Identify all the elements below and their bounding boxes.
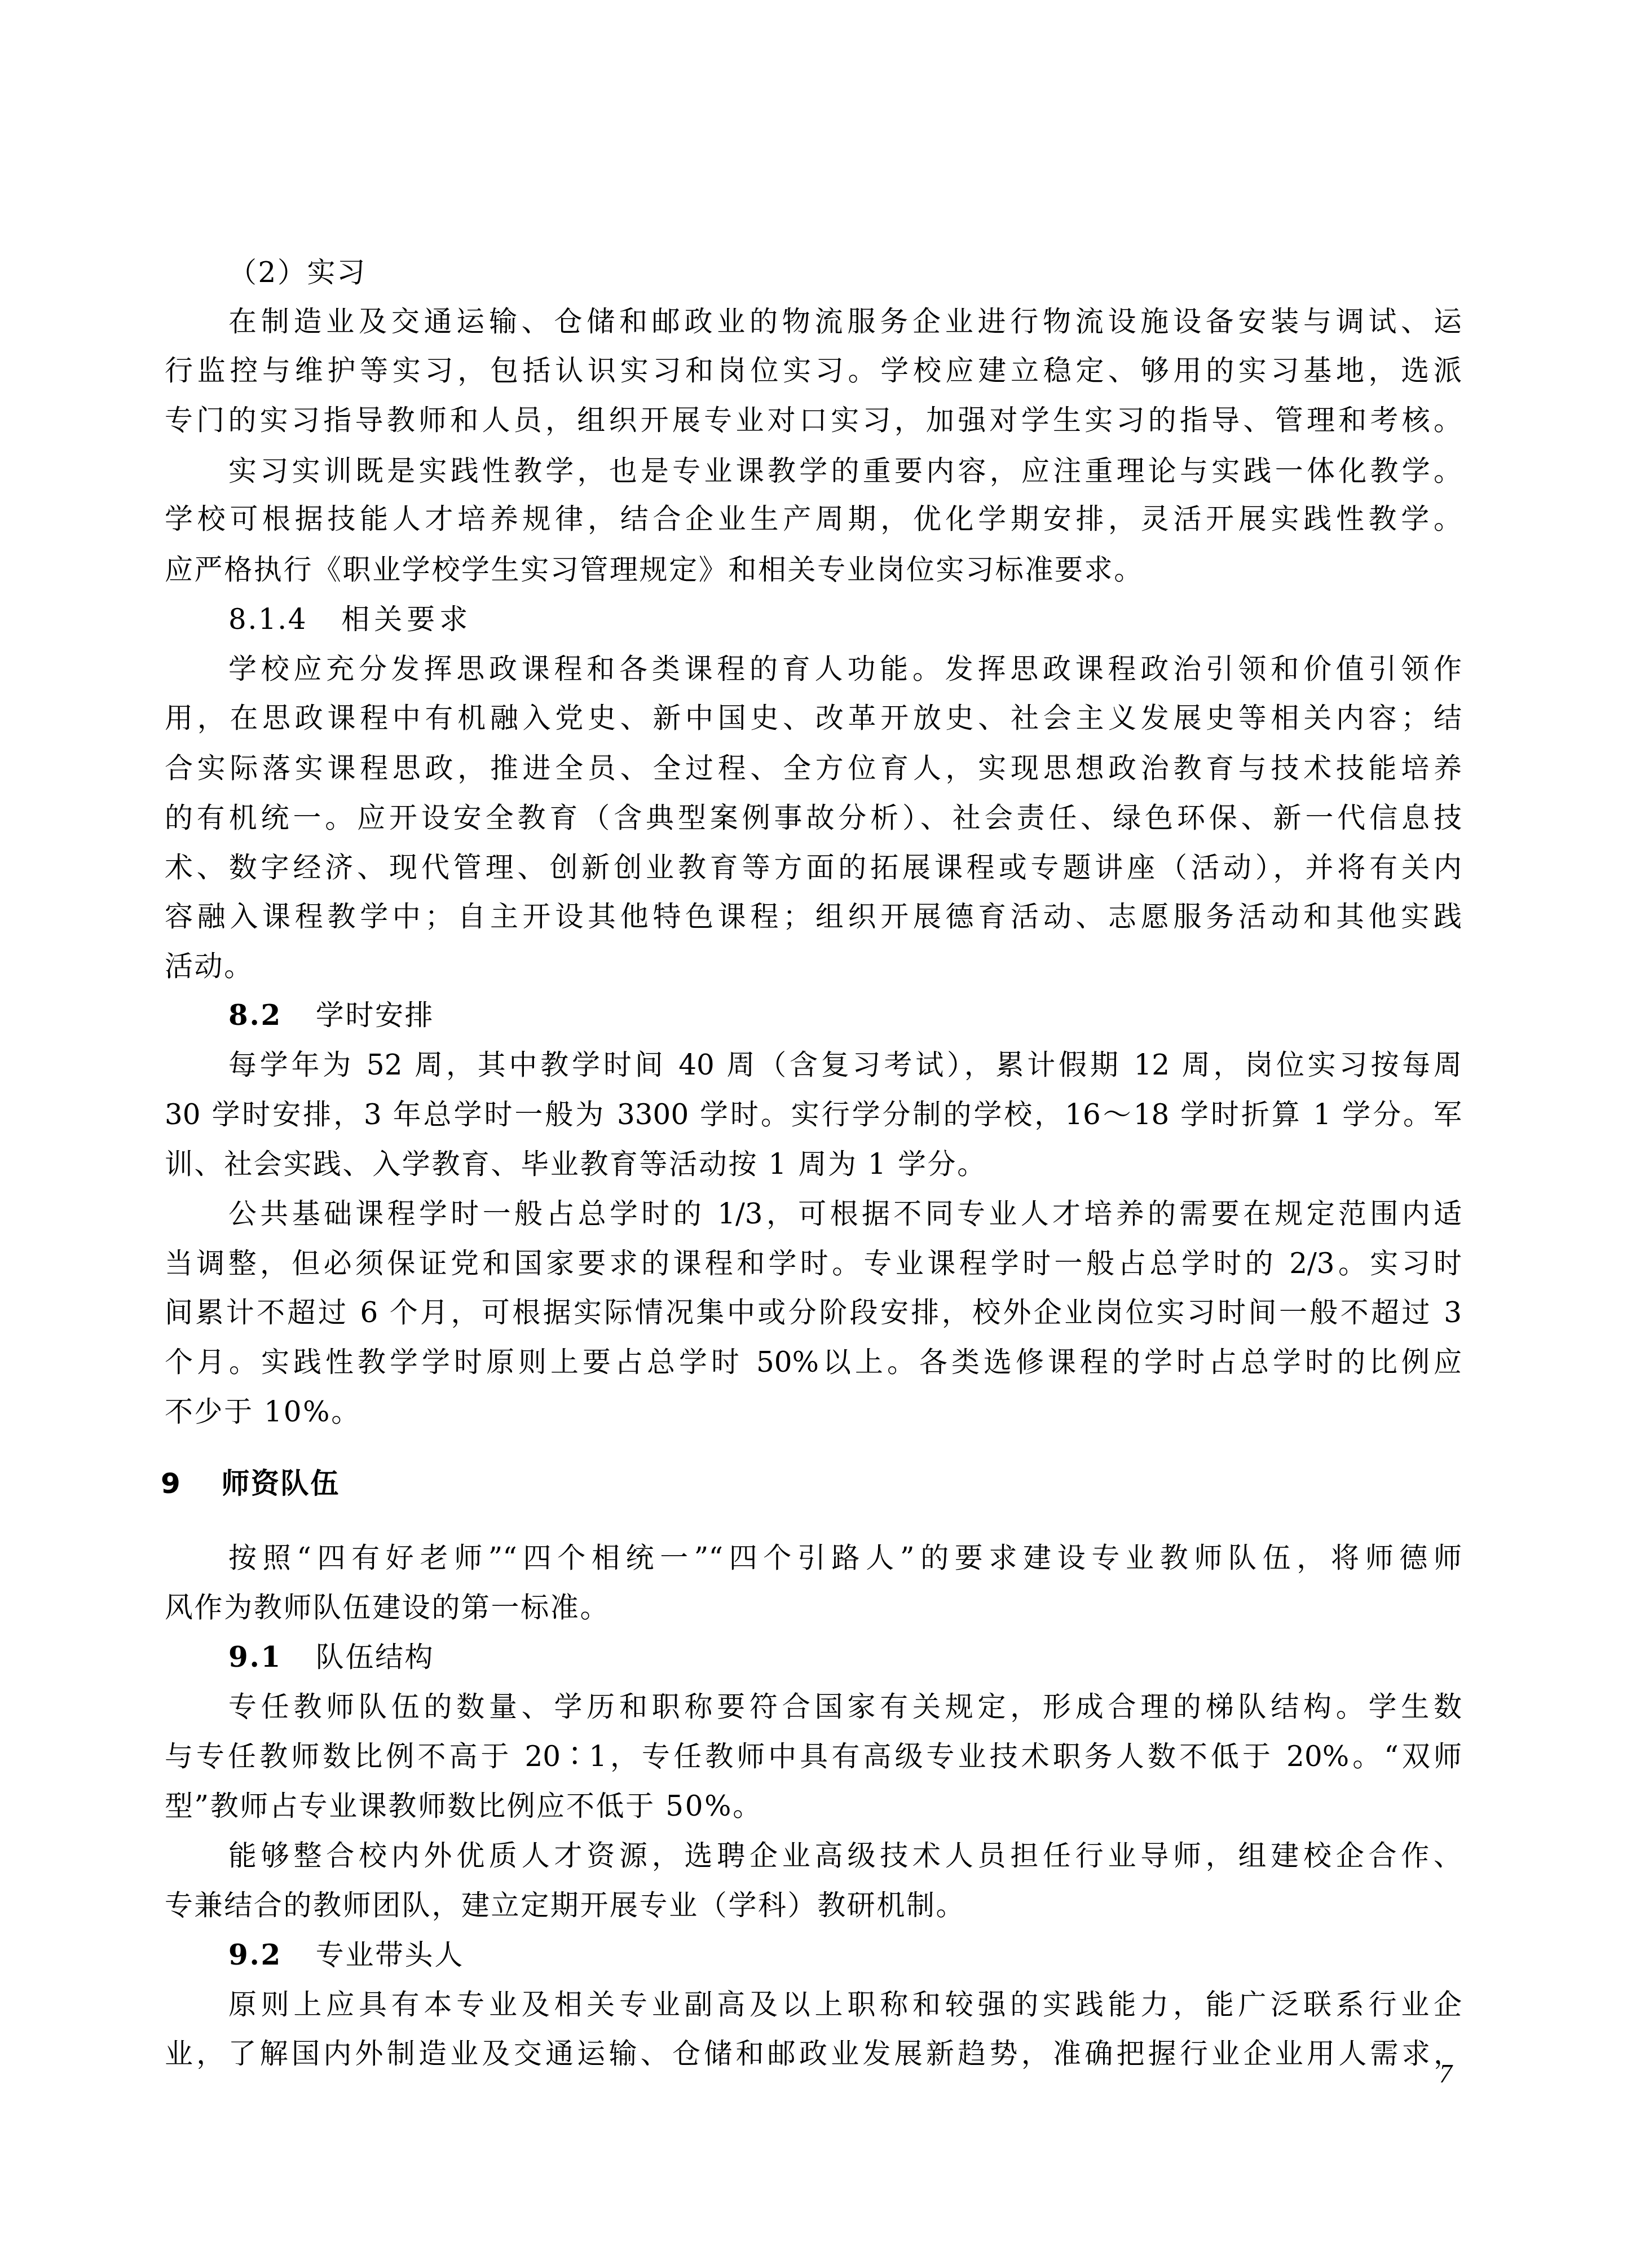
heading-title: 相关要求 bbox=[341, 603, 472, 636]
heading-9-1: 9.1队伍结构 bbox=[228, 1632, 1462, 1682]
paragraph-line: 公共基础课程学时一般占总学时的 1/3，可根据不同专业人才培养的需要在规定范围内… bbox=[228, 1189, 1462, 1239]
heading-number: 8.2 bbox=[228, 998, 282, 1032]
heading-number: 9.2 bbox=[228, 1938, 282, 1971]
document-page: （2）实习 在制造业及交通运输、仓储和邮政业的物流服务企业进行物流设施设备安装与… bbox=[0, 0, 1627, 2268]
heading-title: 专业带头人 bbox=[316, 1939, 464, 1971]
paragraph-line: 按照“四有好老师”“四个相统一”“四个引路人”的要求建设专业教师队伍，将师德师 bbox=[228, 1533, 1462, 1583]
heading-8-2: 8.2学时安排 bbox=[228, 990, 1462, 1040]
paragraph-line: 业，了解国内外制造业及交通运输、仓储和邮政业发展新趋势，准确把握行业企业用人需求… bbox=[165, 2029, 1462, 2078]
heading-title: 师资队伍 bbox=[221, 1467, 339, 1500]
paragraph-line: 风作为教师队伍建设的第一标准。 bbox=[165, 1583, 1462, 1632]
heading-number: 8.1.4 bbox=[228, 603, 307, 636]
paragraph-line: 专任教师队伍的数量、学历和职称要符合国家有关规定，形成合理的梯队结构。学生数 bbox=[228, 1682, 1462, 1732]
paragraph-line: 术、数字经济、现代管理、创新创业教育等方面的拓展课程或专题讲座（活动），并将有关… bbox=[165, 843, 1462, 892]
paragraph-line: 的有机统一。应开设安全教育（含典型案例事故分析）、社会责任、绿色环保、新一代信息… bbox=[165, 793, 1462, 843]
heading-9: 9师资队伍 bbox=[161, 1459, 1458, 1508]
paragraph-line: 应严格执行《职业学校学生实习管理规定》和相关专业岗位实习标准要求。 bbox=[165, 545, 1462, 594]
heading-title: 队伍结构 bbox=[316, 1641, 434, 1674]
paragraph-line: 每学年为 52 周，其中教学时间 40 周（含复习考试），累计假期 12 周，岗… bbox=[228, 1040, 1462, 1090]
paragraph-line: 合实际落实课程思政，推进全员、全过程、全方位育人，实现思想政治教育与技术技能培养 bbox=[165, 743, 1462, 793]
paragraph-line: 在制造业及交通运输、仓储和邮政业的物流服务企业进行物流设施设备安装与调试、运 bbox=[228, 297, 1462, 346]
paragraph-line: 原则上应具有本专业及相关专业副高及以上职称和较强的实践能力，能广泛联系行业企 bbox=[228, 1980, 1462, 2029]
heading-number: 9.1 bbox=[228, 1640, 282, 1674]
paragraph-line: 间累计不超过 6 个月，可根据实际情况集中或分阶段安排，校外企业岗位实习时间一般… bbox=[165, 1288, 1462, 1337]
paragraph-line: 型”教师占专业课教师数比例应不低于 50%。 bbox=[165, 1781, 1462, 1831]
paragraph-line: 训、社会实践、入学教育、毕业教育等活动按 1 周为 1 学分。 bbox=[165, 1139, 1462, 1189]
paragraph-line: 与专任教师数比例不高于 20∶1，专任教师中具有高级专业技术职务人数不低于 20… bbox=[165, 1732, 1462, 1781]
paragraph-line: 能够整合校内外优质人才资源，选聘企业高级技术人员担任行业导师，组建校企合作、 bbox=[228, 1831, 1462, 1881]
paragraph-line: 专兼结合的教师团队，建立定期开展专业（学科）教研机制。 bbox=[165, 1881, 1462, 1930]
heading-title: 学时安排 bbox=[316, 999, 434, 1032]
heading-8-1-4: 8.1.4相关要求 bbox=[228, 594, 1462, 644]
page-number: 7 bbox=[1439, 2059, 1452, 2089]
paragraph-line: 行监控与维护等实习，包括认识实习和岗位实习。学校应建立稳定、够用的实习基地，选派 bbox=[165, 346, 1462, 395]
paragraph-line: 个月。实践性教学学时原则上要占总学时 50%以上。各类选修课程的学时占总学时的比… bbox=[165, 1337, 1462, 1387]
paragraph-line: 专门的实习指导教师和人员，组织开展专业对口实习，加强对学生实习的指导、管理和考核… bbox=[165, 395, 1462, 445]
paragraph-line: 学校应充分发挥思政课程和各类课程的育人功能。发挥思政课程政治引领和价值引领作 bbox=[228, 644, 1462, 694]
paragraph-line: 30 学时安排，3 年总学时一般为 3300 学时。实行学分制的学校，16～18… bbox=[165, 1090, 1462, 1139]
heading-number: 9 bbox=[161, 1467, 182, 1500]
paragraph-line: 活动。 bbox=[165, 941, 1462, 991]
paragraph-line: 学校可根据技能人才培养规律，结合企业生产周期，优化学期安排，灵活开展实践性教学。 bbox=[165, 494, 1462, 544]
paragraph-line: 不少于 10%。 bbox=[165, 1387, 1462, 1437]
paragraph-line: 实习实训既是实践性教学，也是专业课教学的重要内容，应注重理论与实践一体化教学。 bbox=[228, 446, 1462, 496]
subheading-internship: （2）实习 bbox=[228, 248, 1462, 297]
paragraph-line: 当调整，但必须保证党和国家要求的课程和学时。专业课程学时一般占总学时的 2/3。… bbox=[165, 1239, 1462, 1288]
paragraph-line: 容融入课程教学中；自主开设其他特色课程；组织开展德育活动、志愿服务活动和其他实践 bbox=[165, 892, 1462, 941]
heading-9-2: 9.2专业带头人 bbox=[228, 1930, 1462, 1980]
paragraph-line: 用，在思政课程中有机融入党史、新中国史、改革开放史、社会主义发展史等相关内容；结 bbox=[165, 693, 1462, 743]
